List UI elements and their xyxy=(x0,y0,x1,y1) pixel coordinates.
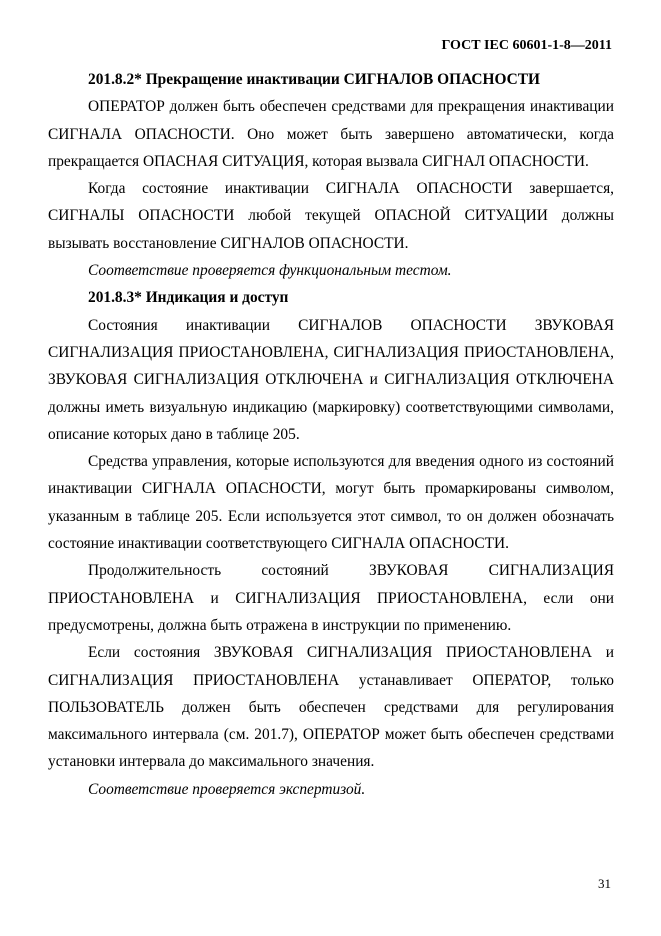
paragraph: Средства управления, которые используютс… xyxy=(48,448,614,557)
compliance-note: Соответствие проверяется экспертизой. xyxy=(48,776,614,803)
page-number: 31 xyxy=(598,876,611,892)
paragraph: Продолжительность состояний ЗВУКОВАЯ СИГ… xyxy=(48,557,614,639)
paragraph: Когда состояние инактивации СИГНАЛА ОПАС… xyxy=(48,175,614,257)
document-body: 201.8.2* Прекращение инактивации СИГНАЛО… xyxy=(48,66,614,803)
document-page: ГОСТ IEC 60601-1-8—2011 201.8.2* Прекращ… xyxy=(0,0,661,936)
paragraph: ОПЕРАТОР должен быть обеспечен средствам… xyxy=(48,93,614,175)
paragraph: Если состояния ЗВУКОВАЯ СИГНАЛИЗАЦИЯ ПРИ… xyxy=(48,639,614,775)
compliance-note: Соответствие проверяется функциональным … xyxy=(48,257,614,284)
section-heading-201-8-2: 201.8.2* Прекращение инактивации СИГНАЛО… xyxy=(48,66,614,93)
paragraph: Состояния инактивации СИГНАЛОВ ОПАСНОСТИ… xyxy=(48,312,614,448)
section-heading-201-8-3: 201.8.3* Индикация и доступ xyxy=(48,284,614,311)
running-header: ГОСТ IEC 60601-1-8—2011 xyxy=(441,38,612,54)
